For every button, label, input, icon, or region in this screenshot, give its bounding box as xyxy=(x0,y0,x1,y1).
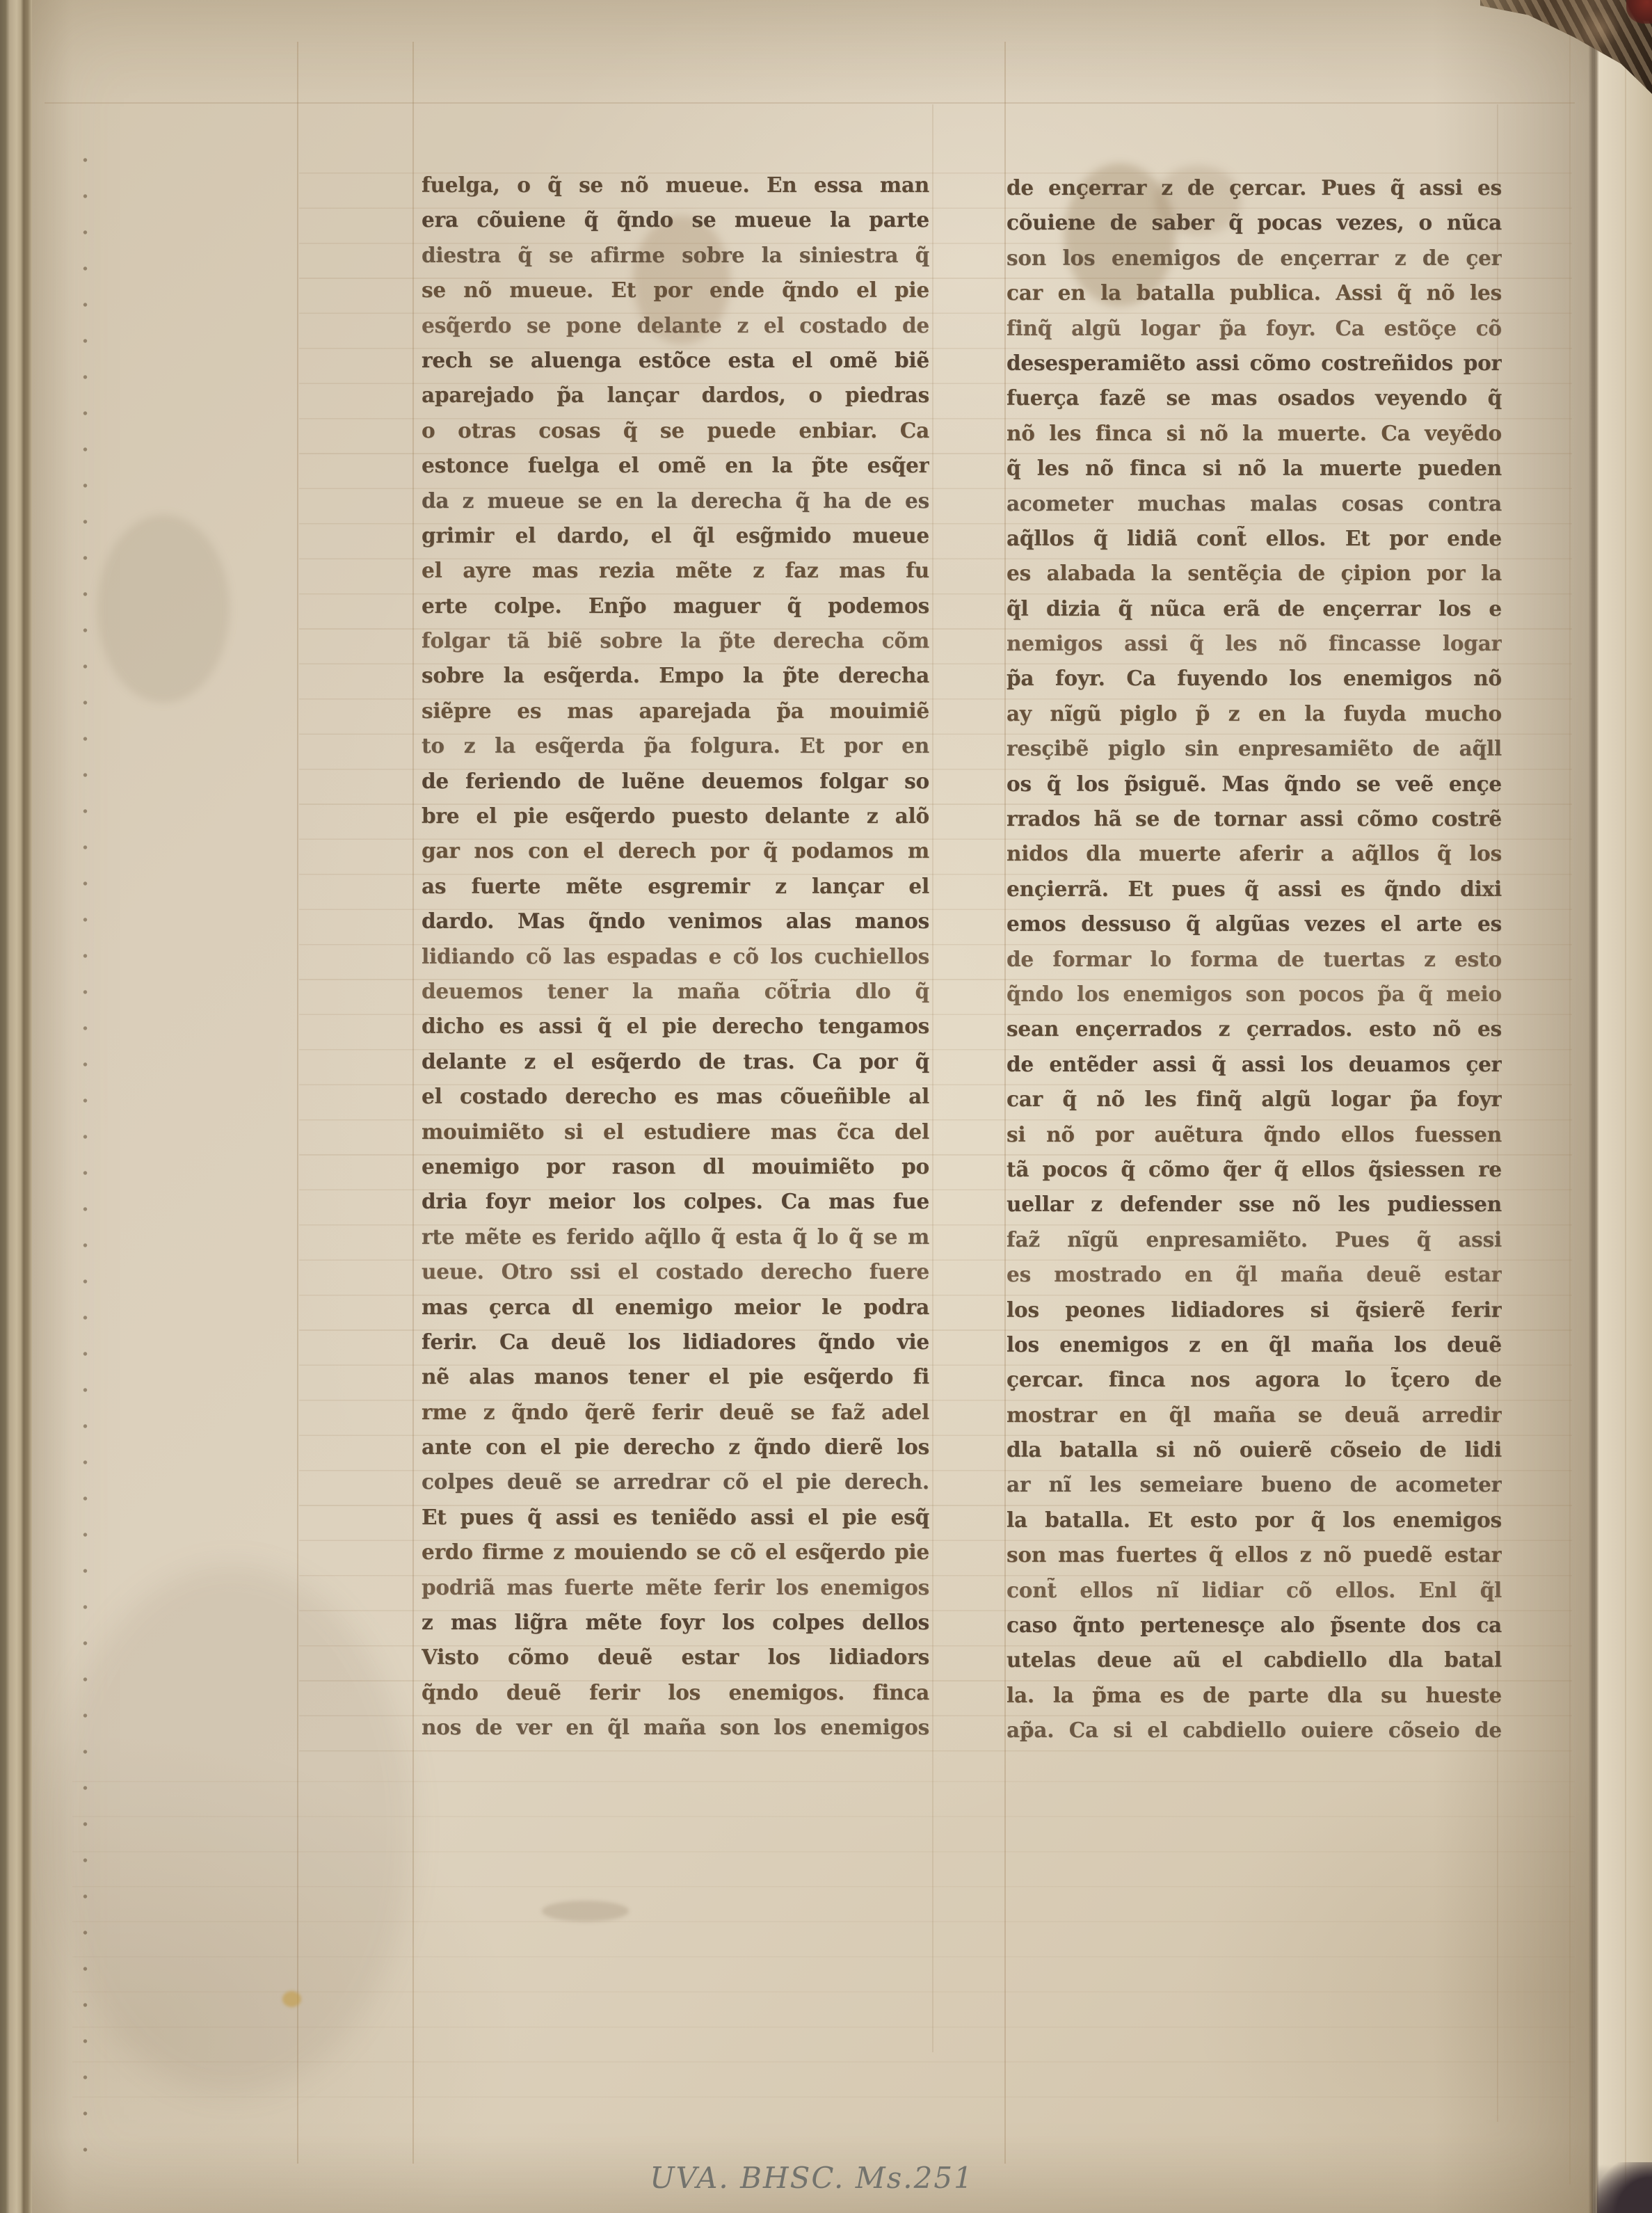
manuscript-line: faz̃ nĩgũ enpresamiẽto. Pues q̃ assi xyxy=(1007,1227,1502,1262)
manuscript-line: estonce fuelga el omẽ en la p̃te esq̃er xyxy=(422,453,929,488)
manuscript-line: enemigo por rason dl mouimiẽto po xyxy=(422,1154,929,1189)
manuscript-line: ap̃a. Ca si el cabdiello ouiere cõseio d… xyxy=(1007,1718,1502,1752)
manuscript-line: fuerça fazẽ se mas osados veyendo q̃ xyxy=(1007,385,1502,420)
manuscript-line: los enemigos z en q̃l maña los deuẽ xyxy=(1007,1332,1502,1367)
manuscript-line: aparejado p̃a lançar dardos, o piedras xyxy=(422,383,929,417)
manuscript-line: de ençerrar z de çercar. Pues q̃ assi es xyxy=(1007,175,1502,210)
manuscript-line: bre el pie esq̃erdo puesto delante z alõ xyxy=(422,804,929,838)
manuscript-line: colpes deuẽ se arredrar cõ el pie derech… xyxy=(422,1469,929,1504)
manuscript-line: utelas deue aũ el cabdiello dla batal xyxy=(1007,1647,1502,1682)
manuscript-line: nẽ alas manos tener el pie esq̃erdo fi xyxy=(422,1364,929,1399)
manuscript-line: aq̃llos q̃ lidiã cont̃ ellos. Et por end… xyxy=(1007,526,1502,561)
manuscript-line: car en la batalla publica. Assi q̃ nõ le… xyxy=(1007,280,1502,315)
manuscript-line: siẽpre es mas aparejada p̃a mouimiẽ xyxy=(422,698,929,733)
manuscript-line: car q̃ nõ les finq̃ algũ logar p̃a foyr xyxy=(1007,1087,1502,1121)
manuscript-line: se nõ mueue. Et por ende q̃ndo el pie xyxy=(422,278,929,312)
faded-marginalia-smudge xyxy=(542,1901,629,1922)
manuscript-line: rech se aluenga estõce esta el omẽ biẽ xyxy=(422,348,929,383)
manuscript-line: son los enemigos de ençerrar z de çer xyxy=(1007,246,1502,280)
manuscript-line: es alabada la sentẽçia de çipion por la xyxy=(1007,561,1502,596)
manuscript-line: el ayre mas rezia mẽte z faz mas fu xyxy=(422,558,929,593)
manuscript-line: ay nĩgũ piglo p̃ z en la fuyda mucho xyxy=(1007,701,1502,736)
manuscript-line: de formar lo forma de tuertas z esto xyxy=(1007,947,1502,982)
manuscript-line: fuelga, o q̃ se nõ mueue. En essa man xyxy=(422,173,929,207)
page-top-shading xyxy=(31,0,1593,104)
manuscript-line: esq̃erdo se pone delante z el costado de xyxy=(422,313,929,348)
manuscript-line: ueue. Otro ssi el costado derecho fuere xyxy=(422,1259,929,1294)
parchment-fold-line xyxy=(1569,28,1571,2184)
manuscript-line: rme z q̃ndo q̃erẽ ferir deuẽ se faz̃ ade… xyxy=(422,1400,929,1435)
manuscript-line: dardo. Mas q̃ndo venimos alas manos xyxy=(422,909,929,943)
manuscript-line: os q̃ los p̃siguẽ. Mas q̃ndo se veẽ ençe xyxy=(1007,772,1502,806)
page-gutter xyxy=(1589,0,1598,2213)
ruling-vertical-col1-right xyxy=(932,104,933,2052)
manuscript-line: q̃ les nõ finca si nõ la muerte pueden xyxy=(1007,456,1502,490)
manuscript-line: folgar tã biẽ sobre la p̃te derecha cõm xyxy=(422,628,929,663)
text-column-left: fuelga, o q̃ se nõ mueue. En essa manera… xyxy=(422,173,929,1750)
manuscript-line: ante con el pie derecho z q̃ndo dierẽ lo… xyxy=(422,1435,929,1469)
manuscript-line: çercar. finca nos agora lo t̃çero de xyxy=(1007,1367,1502,1402)
text-column-right: de ençerrar z de çercar. Pues q̃ assi es… xyxy=(1007,175,1502,1753)
stacked-page-edges-left xyxy=(0,0,32,2213)
manuscript-line: dicho es assi q̃ el pie derecho tengamos xyxy=(422,1014,929,1048)
manuscript-line: rrados hã se de tornar assi cõmo costrẽ xyxy=(1007,806,1502,841)
manuscript-line: deuemos tener la maña cõt̃ria dlo q̃ xyxy=(422,979,929,1014)
manuscript-line: de feriendo de luẽne deuemos folgar so xyxy=(422,769,929,804)
manuscript-line: dria foyr meior los colpes. Ca mas fue xyxy=(422,1189,929,1224)
manuscript-line: q̃l dizia q̃ nũca erã de ençerrar los e xyxy=(1007,596,1502,631)
manuscript-line: q̃ndo los enemigos son pocos p̃a q̃ meio xyxy=(1007,982,1502,1016)
manuscript-line: tã pocos q̃ cõmo q̃er q̃ ellos q̃siessen… xyxy=(1007,1157,1502,1192)
manuscript-line: gar nos con el derech por q̃ podamos m xyxy=(422,838,929,873)
manuscript-line: Visto cõmo deuẽ estar los lidiadors xyxy=(422,1645,929,1679)
manuscript-line: ar nĩ les semeiare bueno de acometer xyxy=(1007,1472,1502,1507)
manuscript-line: la. la p̃ma es de parte dla su hueste xyxy=(1007,1683,1502,1718)
adjacent-page-ruling-line xyxy=(1625,0,1626,2213)
manuscript-page: fuelga, o q̃ se nõ mueue. En essa manera… xyxy=(31,0,1593,2213)
manuscript-line: q̃ndo deuẽ ferir los enemigos. finca xyxy=(422,1680,929,1715)
manuscript-line: finq̃ algũ logar p̃a foyr. Ca estõçe cõ xyxy=(1007,316,1502,351)
manuscript-line: cont̃ ellos nĩ lidiar cõ ellos. Enl q̃l xyxy=(1007,1578,1502,1613)
manuscript-line: nemigos assi q̃ les nõ fincasse logar xyxy=(1007,631,1502,666)
manuscript-line: uellar z defender sse nõ les pudiessen xyxy=(1007,1192,1502,1227)
manuscript-line: p̃a foyr. Ca fuyendo los enemigos nõ xyxy=(1007,666,1502,701)
manuscript-line: la batalla. Et esto por q̃ los enemigos xyxy=(1007,1508,1502,1542)
manuscript-line: lidiando cõ las espadas e cõ los cuchiel… xyxy=(422,944,929,979)
binding-bottom-right-corner xyxy=(1591,2162,1652,2213)
manuscript-line: rte mẽte es ferido aq̃llo q̃ esta q̃ lo … xyxy=(422,1224,929,1259)
manuscript-line: nõ les finca si nõ la muerte. Ca veyẽdo xyxy=(1007,421,1502,456)
manuscript-line: sobre la esq̃erda. Empo la p̃te derecha xyxy=(422,663,929,698)
manuscript-line: da z mueue se en la derecha q̃ ha de es xyxy=(422,488,929,523)
manuscript-line: mouimiẽto si el estudiere mas c̃ca del xyxy=(422,1119,929,1154)
manuscript-line: desesperamiẽto assi cõmo costreñidos por xyxy=(1007,351,1502,385)
manuscript-line: es mostrado en q̃l maña deuẽ estar xyxy=(1007,1262,1502,1297)
ruling-vertical-col2-left xyxy=(1004,42,1006,2164)
manuscript-line: caso q̃nto pertenesçe alo p̃sente dos ca xyxy=(1007,1613,1502,1647)
manuscript-line: z mas lig̃ra mẽte foyr los colpes dellos xyxy=(422,1610,929,1645)
manuscript-line: de entẽder assi q̃ assi los deuamos çer xyxy=(1007,1052,1502,1087)
stain xyxy=(282,1991,301,2007)
manuscript-line: sean ençerrados z çerrados. esto nõ es xyxy=(1007,1016,1502,1051)
manuscript-line: emos dessuso q̃ algũas vezes el arte es xyxy=(1007,911,1502,946)
shelfmark-caption: UVA. BHSC. Ms.251 xyxy=(31,2161,1593,2195)
manuscript-line: ferir. Ca deuẽ los lidiadores q̃ndo vie xyxy=(422,1329,929,1364)
manuscript-line: erdo firme z mouiendo se cõ el esq̃erdo … xyxy=(422,1540,929,1574)
manuscript-line: diestra q̃ se afirme sobre la siniestra … xyxy=(422,243,929,278)
manuscript-line: to z la esq̃erda p̃a folgura. Et por en xyxy=(422,733,929,768)
manuscript-line: el costado derecho es mas cõueñible al xyxy=(422,1084,929,1119)
manuscript-line: Et pues q̃ assi es teniẽdo assi el pie e… xyxy=(422,1505,929,1540)
manuscript-line: era cõuiene q̃ q̃ndo se mueue la parte xyxy=(422,207,929,242)
manuscript-line: grimir el dardo, el q̃l esg̃mido mueue xyxy=(422,523,929,558)
stain xyxy=(51,1565,413,2094)
stain xyxy=(97,515,230,703)
manuscript-line: mostrar en q̃l maña se deuã arredir xyxy=(1007,1403,1502,1437)
manuscript-line: son mas fuertes q̃ ellos z nõ puedẽ esta… xyxy=(1007,1542,1502,1577)
adjacent-page-edge xyxy=(1597,0,1652,2213)
ruling-top-line xyxy=(45,102,1575,104)
manuscript-line: acometer muchas malas cosas contra xyxy=(1007,491,1502,526)
manuscript-line: si nõ por auẽtura q̃ndo ellos fuessen xyxy=(1007,1122,1502,1157)
manuscript-line: cõuiene de saber q̃ pocas vezes, o nũca xyxy=(1007,210,1502,245)
manuscript-line: resçibẽ piglo sin enpresamiẽto de aq̃ll xyxy=(1007,736,1502,771)
manuscript-photo: fuelga, o q̃ se nõ mueue. En essa manera… xyxy=(0,0,1652,2213)
manuscript-line: ençierrã. Et pues q̃ assi es q̃ndo dixi xyxy=(1007,877,1502,911)
manuscript-line: o otras cosas q̃ se puede enbiar. Ca xyxy=(422,418,929,453)
manuscript-line: as fuerte mẽte esgremir z lançar el xyxy=(422,874,929,909)
manuscript-line: delante z el esq̃erdo de tras. Ca por q̃ xyxy=(422,1049,929,1084)
manuscript-line: dla batalla si nõ ouierẽ cõseio de lidi xyxy=(1007,1437,1502,1472)
manuscript-line: los peones lidiadores si q̃sierẽ ferir xyxy=(1007,1297,1502,1332)
manuscript-line: nidos dla muerte aferir a aq̃llos q̃ los xyxy=(1007,841,1502,876)
manuscript-line: podriã mas fuerte mẽte ferir los enemigo… xyxy=(422,1575,929,1610)
manuscript-line: mas çerca dl enemigo meior le podra xyxy=(422,1295,929,1329)
manuscript-line: nos de ver en q̃l maña son los enemigos xyxy=(422,1715,929,1750)
manuscript-line: erte colpe. Enp̃o maguer q̃ podemos xyxy=(422,593,929,628)
